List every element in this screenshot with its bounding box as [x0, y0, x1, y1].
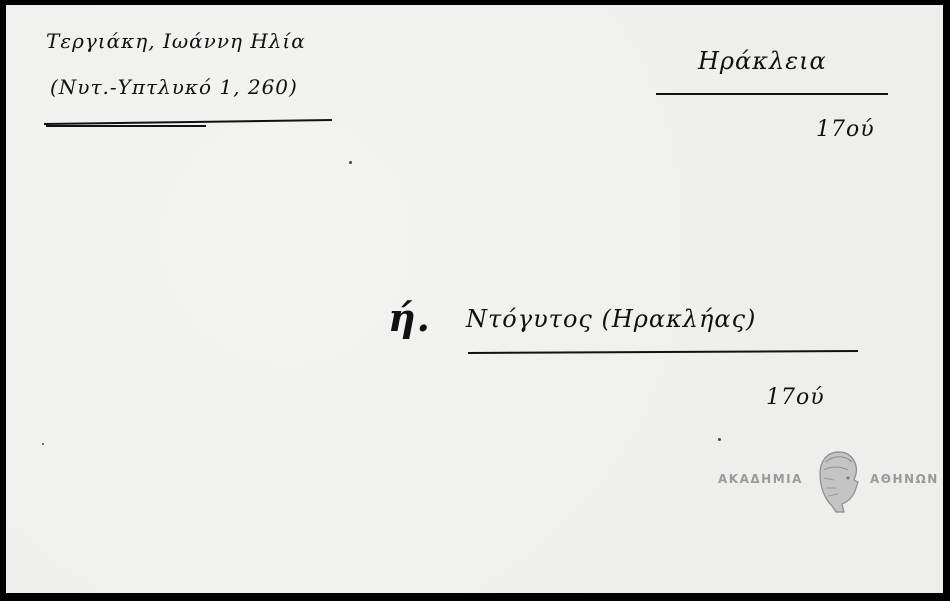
watermark-left-text: ΑΚΑΔΗΜΙΑ: [718, 472, 803, 486]
header-left-line2: (Νυτ.-Υπτλυκό 1, 260): [50, 75, 298, 99]
header-left-underline-2: [46, 125, 206, 127]
headword-underline: [656, 93, 888, 95]
watermark-right-text: ΑΘΗΝΩΝ: [870, 472, 939, 486]
speck: [42, 443, 44, 445]
entry-marker: ή.: [388, 295, 431, 340]
speck: [349, 161, 352, 164]
entry-code: 17ού: [766, 385, 825, 410]
headword: Ηράκλεια: [698, 47, 827, 75]
headword-code: 17ού: [816, 117, 875, 142]
header-left-line1: Τεργιάκη, Ιωάννη Ηλία: [46, 29, 306, 53]
entry-underline: [468, 350, 858, 354]
entry-text: Ντόγυτος (Ηρακλήας): [466, 305, 756, 333]
index-card: Τεργιάκη, Ιωάννη Ηλία (Νυτ.-Υπτλυκό 1, 2…: [6, 5, 943, 593]
athena-head-icon: [814, 448, 864, 514]
speck: [718, 438, 721, 441]
